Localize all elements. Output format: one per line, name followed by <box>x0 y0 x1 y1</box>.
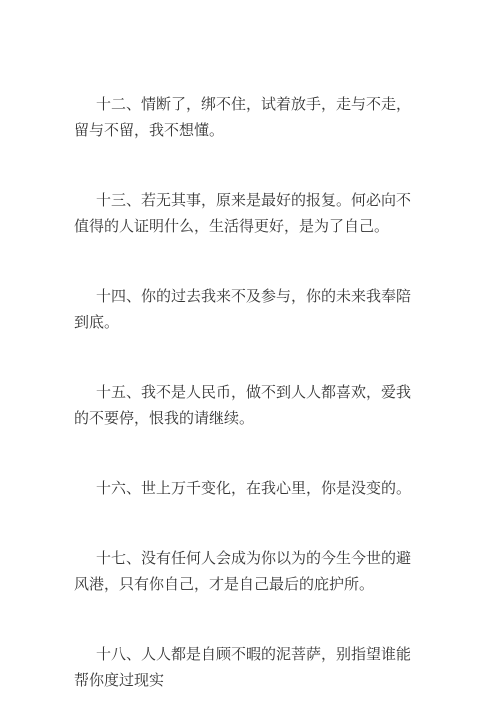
quote-paragraph-16: 十六、世上万千变化，在我心里，你是没变的。 <box>74 476 425 502</box>
quote-paragraph-12: 十二、情断了，绑不住，试着放手，走与不走，留与不留，我不想懂。 <box>74 92 425 144</box>
quote-paragraph-13: 十三、若无其事，原来是最好的报复。何必向不值得的人证明什么，生活得更好，是为了自… <box>74 188 425 240</box>
document-page: 十二、情断了，绑不住，试着放手，走与不走，留与不留，我不想懂。 十三、若无其事，… <box>0 0 500 707</box>
quote-paragraph-17: 十七、没有任何人会成为你以为的今生今世的避风港，只有你自己，才是自己最后的庇护所… <box>74 546 425 598</box>
quote-paragraph-14: 十四、你的过去我来不及参与，你的未来我奉陪到底。 <box>74 284 425 336</box>
quote-paragraph-15: 十五、我不是人民币，做不到人人都喜欢，爱我的不要停，恨我的请继续。 <box>74 380 425 432</box>
quote-paragraph-18: 十八、人人都是自顾不暇的泥菩萨，别指望谁能帮你度过现实 <box>74 642 425 694</box>
